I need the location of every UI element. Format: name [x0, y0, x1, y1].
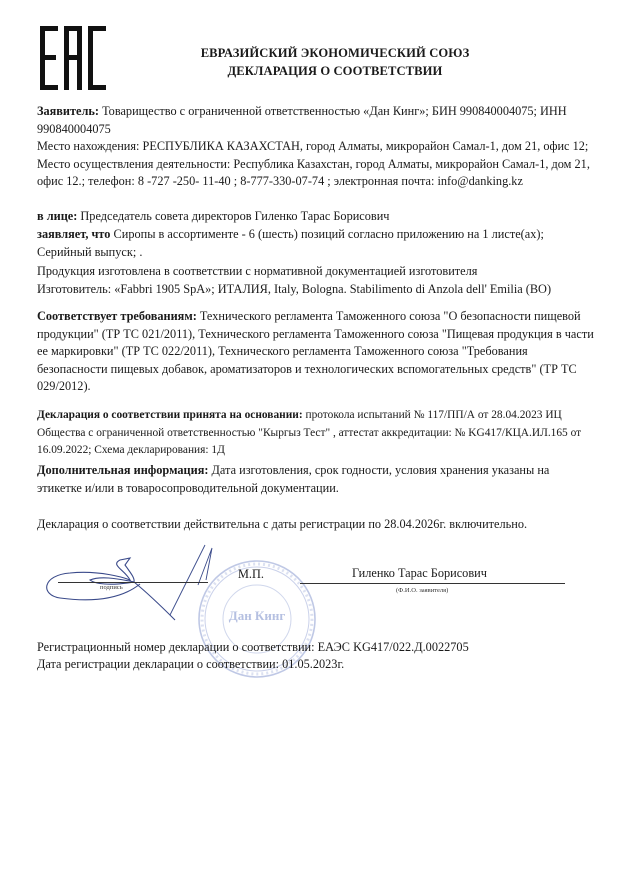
eac-conformity-mark-icon	[40, 26, 106, 90]
declares-text: Сиропы в ассортименте - 6 (шесть) позици…	[110, 227, 543, 241]
document-header: ЕВРАЗИЙСКИЙ ЭКОНОМИЧЕСКИЙ СОЮЗ ДЕКЛАРАЦИ…	[150, 44, 520, 80]
additional-info-section: Дополнительная информация: Дата изготовл…	[37, 462, 597, 497]
representative-section: в лице: Председатель совета директоров Г…	[37, 208, 597, 226]
handwritten-signature-icon	[30, 540, 230, 630]
applicant-section: Заявитель: Товарищество с ограниченной о…	[37, 103, 597, 191]
stamp-company-name: Дан Кинг	[222, 608, 292, 624]
basis-section: Декларация о соответствии принята на осн…	[37, 407, 597, 460]
serial-release: Серийный выпуск; .	[37, 245, 142, 259]
signature-caption: подпись	[100, 584, 123, 591]
seal-place-label: М.П.	[238, 567, 264, 582]
signer-name: Гиленко Тарас Борисович	[352, 566, 487, 581]
representative-text: Председатель совета директоров Гиленко Т…	[77, 209, 389, 223]
products-compliance: Продукция изготовлена в соответствии с н…	[37, 263, 597, 281]
manufacturer: Изготовитель: «Fabbri 1905 SpA»; ИТАЛИЯ,…	[37, 281, 597, 299]
products-section: Продукция изготовлена в соответствии с н…	[37, 263, 597, 298]
signer-name-line	[300, 583, 565, 584]
header-document-type: ДЕКЛАРАЦИЯ О СООТВЕТСТВИИ	[150, 62, 520, 80]
declares-label: заявляет, что	[37, 227, 110, 241]
requirements-section: Соответствует требованиям: Технического …	[37, 308, 597, 396]
applicant-text: Товарищество с ограниченной ответственно…	[37, 104, 567, 136]
validity-statement: Декларация о соответствии действительна …	[37, 516, 597, 534]
representative-label: в лице:	[37, 209, 77, 223]
additional-info-label: Дополнительная информация:	[37, 463, 208, 477]
header-union-name: ЕВРАЗИЙСКИЙ ЭКОНОМИЧЕСКИЙ СОЮЗ	[150, 44, 520, 62]
basis-label: Декларация о соответствии принята на осн…	[37, 409, 303, 421]
registration-date: Дата регистрации декларации о соответств…	[37, 656, 597, 674]
registration-number: Регистрационный номер декларации о соотв…	[37, 639, 597, 657]
signature-line	[58, 582, 208, 583]
declaration-page: ЕВРАЗИЙСКИЙ ЭКОНОМИЧЕСКИЙ СОЮЗ ДЕКЛАРАЦИ…	[0, 0, 622, 888]
declares-section: заявляет, что Сиропы в ассортименте - 6 …	[37, 226, 597, 261]
applicant-location: Место нахождения: РЕСПУБЛИКА КАЗАХСТАН, …	[37, 139, 590, 188]
applicant-label: Заявитель:	[37, 104, 99, 118]
signer-caption: (Ф.И.О. заявителя)	[396, 587, 448, 594]
requirements-label: Соответствует требованиям:	[37, 309, 197, 323]
